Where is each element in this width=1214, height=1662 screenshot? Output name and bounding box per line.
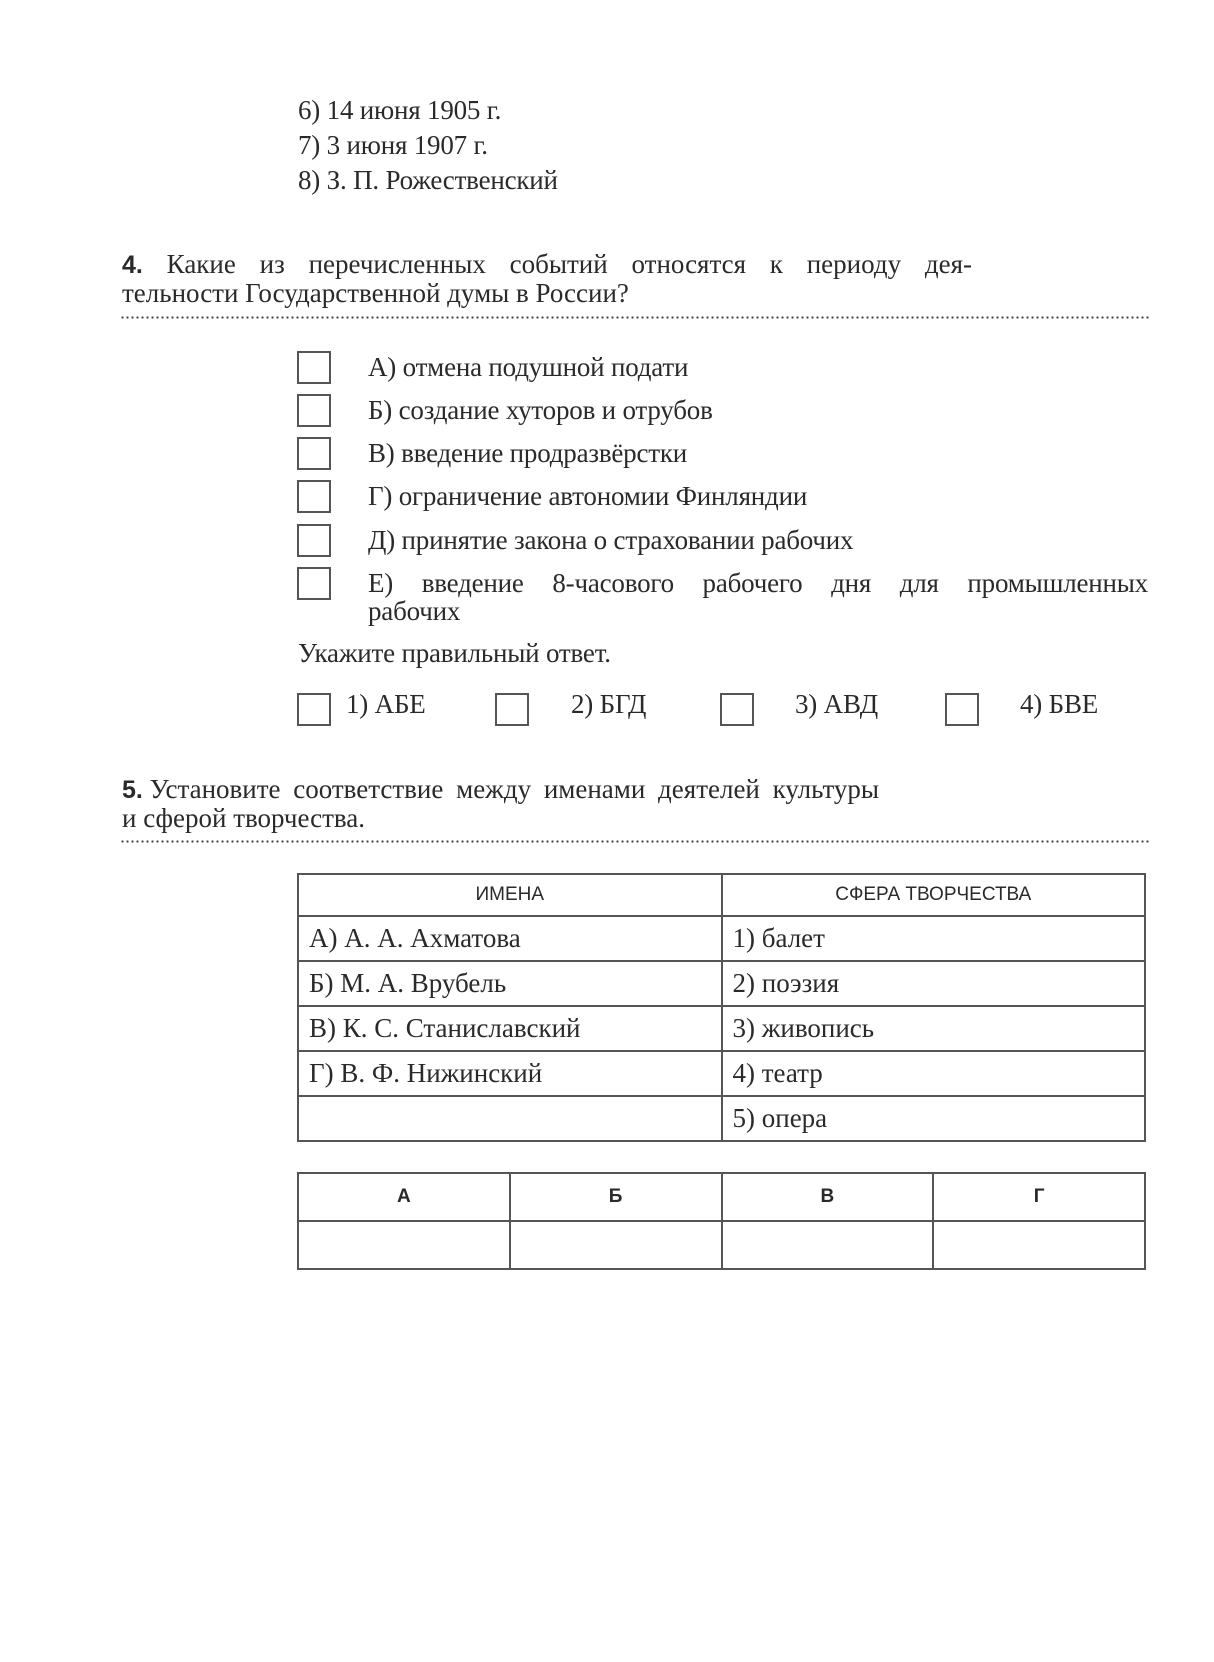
- question-5-number: 5.: [122, 776, 143, 804]
- answer-label-1: 1) АБЕ: [346, 689, 426, 720]
- option-d-label: Д) принятие закона о страховании рабочих: [368, 525, 853, 556]
- answer-label-2: 2) БГД: [571, 689, 646, 720]
- answer-cell-b[interactable]: [510, 1221, 722, 1269]
- checkbox-option-v[interactable]: [297, 437, 331, 470]
- previous-item-7: 7) 3 июня 1907 г.: [298, 130, 488, 161]
- answer-checkbox-2[interactable]: [495, 693, 529, 726]
- answer-header-a: А: [298, 1173, 510, 1221]
- sphere-cell: 3) живопись: [722, 1006, 1146, 1051]
- checkbox-option-a[interactable]: [297, 351, 331, 384]
- answer-checkbox-3[interactable]: [720, 693, 754, 726]
- answer-label-3: 3) АВД: [795, 689, 878, 720]
- table-row: Б) М. А. Врубель 2) поэзия: [298, 961, 1145, 1006]
- table-row: А) А. А. Ахматова 1) балет: [298, 916, 1145, 961]
- table-row: 5) опера: [298, 1096, 1145, 1141]
- answer-checkbox-1[interactable]: [297, 693, 331, 726]
- matching-table: ИМЕНА СФЕРА ТВОРЧЕСТВА А) А. А. Ахматова…: [297, 873, 1146, 1142]
- table-row: Г) В. Ф. Нижинский 4) театр: [298, 1051, 1145, 1096]
- question-5-text-line1: Установите соответствие между именами де…: [150, 774, 879, 804]
- sphere-cell: 5) опера: [722, 1096, 1146, 1141]
- dotted-divider: [120, 840, 1150, 843]
- answer-cell-a[interactable]: [298, 1221, 510, 1269]
- name-cell: А) А. А. Ахматова: [298, 916, 722, 961]
- header-names: ИМЕНА: [298, 874, 722, 916]
- option-b-label: Б) создание хуторов и отрубов: [368, 395, 713, 426]
- previous-item-8: 8) З. П. Рожественский: [298, 165, 558, 196]
- option-e-label: Е) введение 8-часового рабочего дня для …: [368, 568, 1148, 599]
- checkbox-option-d[interactable]: [297, 524, 331, 557]
- checkbox-option-g[interactable]: [297, 480, 331, 513]
- instruction-text: Укажите правильный ответ.: [298, 638, 611, 669]
- question-5-text-line2: и сферой творчества.: [122, 804, 972, 832]
- option-a-label: А) отмена подушной подати: [368, 352, 688, 383]
- name-cell: Г) В. Ф. Нижинский: [298, 1051, 722, 1096]
- checkbox-option-b[interactable]: [297, 394, 331, 427]
- answer-header-v: В: [722, 1173, 934, 1221]
- question-4-text-line1: Какие из перечисленных событий относятся…: [167, 249, 972, 279]
- question-4-title: 4. Какие из перечисленных событий относя…: [122, 250, 972, 307]
- previous-item-6: 6) 14 июня 1905 г.: [298, 95, 501, 126]
- table-row: В) К. С. Станиславский 3) живопись: [298, 1006, 1145, 1051]
- answer-header-b: Б: [510, 1173, 722, 1221]
- option-g-label: Г) ограничение автономии Финляндии: [368, 481, 807, 512]
- checkbox-option-e[interactable]: [297, 567, 331, 600]
- answer-header-g: Г: [933, 1173, 1145, 1221]
- question-4-text-line2: тельности Государственной думы в России?: [122, 279, 972, 307]
- sphere-cell: 2) поэзия: [722, 961, 1146, 1006]
- sphere-cell: 4) театр: [722, 1051, 1146, 1096]
- name-cell: В) К. С. Станиславский: [298, 1006, 722, 1051]
- name-cell: Б) М. А. Врубель: [298, 961, 722, 1006]
- option-v-label: В) введение продразвёрстки: [368, 438, 687, 469]
- answer-cell-g[interactable]: [933, 1221, 1145, 1269]
- header-sphere: СФЕРА ТВОРЧЕСТВА: [722, 874, 1146, 916]
- name-cell: [298, 1096, 722, 1141]
- answer-cell-v[interactable]: [722, 1221, 934, 1269]
- sphere-cell: 1) балет: [722, 916, 1146, 961]
- answer-checkbox-4[interactable]: [945, 693, 979, 726]
- answer-table: А Б В Г: [297, 1172, 1146, 1270]
- question-4-number: 4.: [122, 251, 143, 279]
- option-e-label-line2: рабочих: [368, 596, 460, 627]
- question-5-title: 5. Установите соответствие между именами…: [122, 775, 972, 832]
- answer-label-4: 4) БВЕ: [1020, 689, 1098, 720]
- dotted-divider: [120, 316, 1150, 319]
